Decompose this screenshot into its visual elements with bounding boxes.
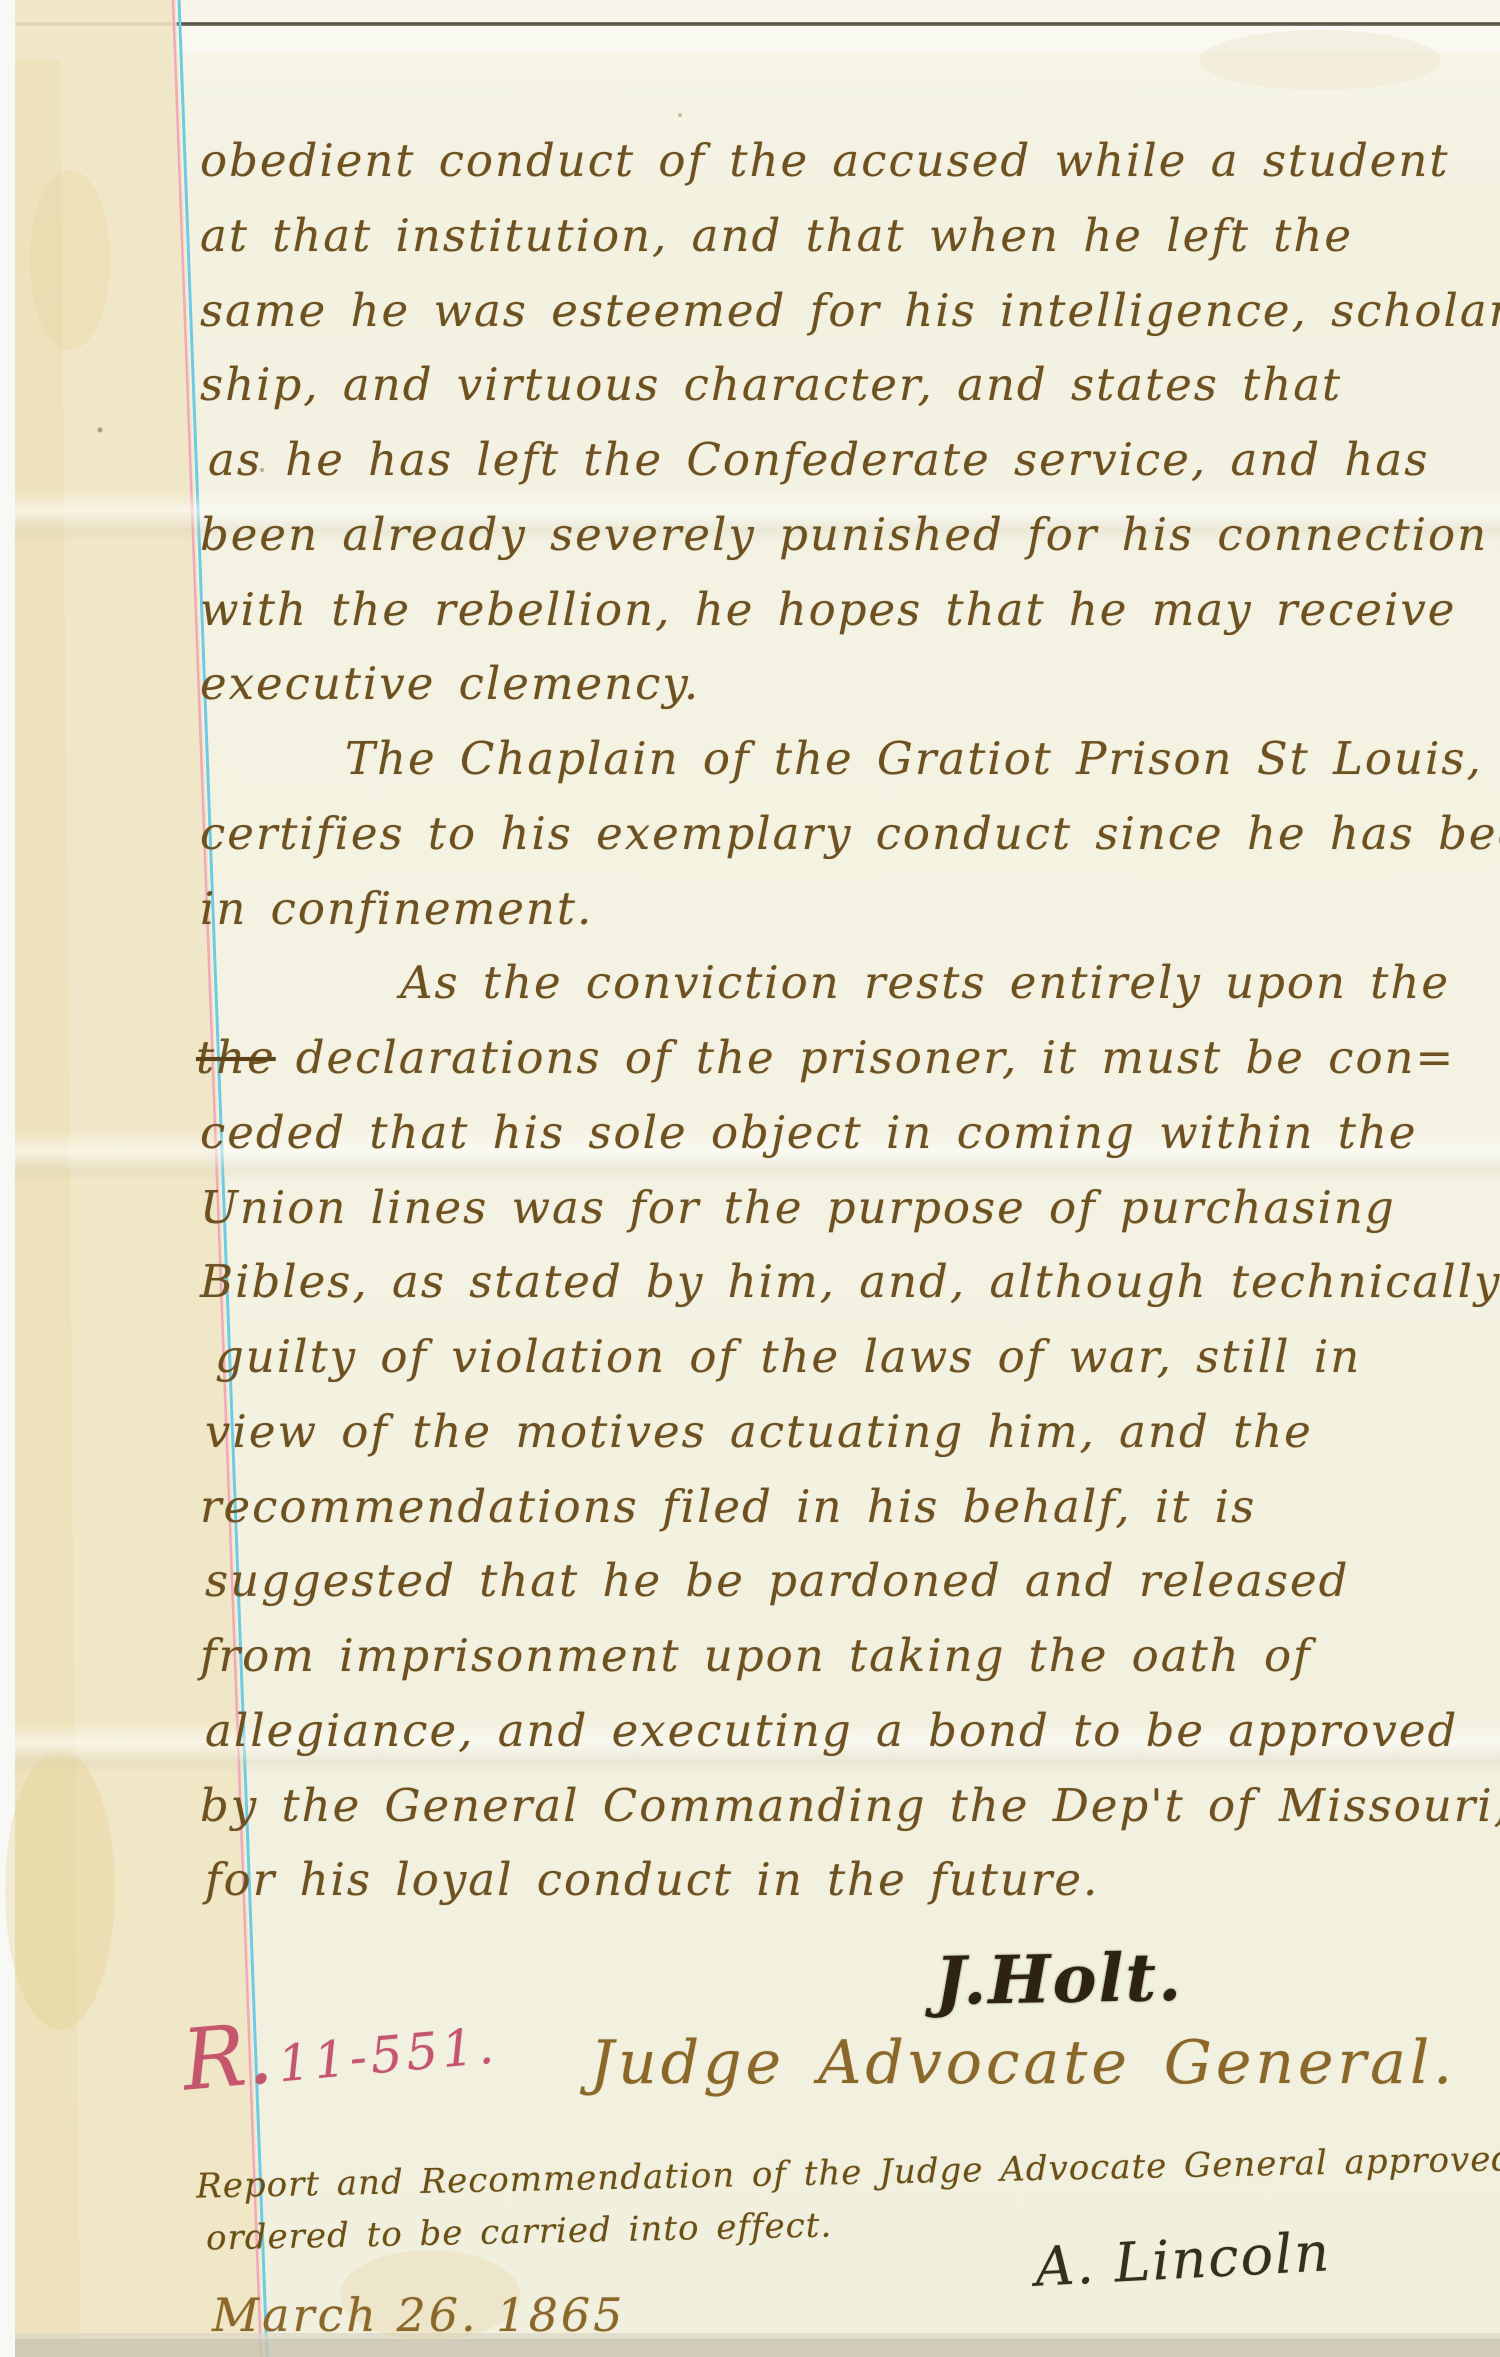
manuscript-line-23: by the General Commanding the Dep't of M… [200, 1774, 1500, 1838]
manuscript-line-20: suggested that he be pardoned and releas… [205, 1549, 1349, 1613]
manuscript-line-17: guilty of violation of the laws of war, … [215, 1325, 1361, 1389]
lincoln-signature: A. Lincoln [1034, 2220, 1333, 2298]
manuscript-line-11: in confinement. [200, 877, 593, 941]
manuscript-line-9: The Chaplain of the Gratiot Prison St Lo… [345, 727, 1483, 791]
manuscript-line-10: certifies to his exemplary conduct since… [200, 802, 1500, 866]
struck-word: the [196, 1031, 276, 1084]
manuscript-line-14: ceded that his sole object in coming wit… [200, 1101, 1418, 1165]
manuscript-line-22: allegiance, and executing a bond to be a… [205, 1699, 1458, 1763]
manuscript-line-4: ship, and virtuous character, and states… [200, 353, 1342, 417]
lincoln-endorsement-line-1: Report and Recommendation of the Judge A… [196, 2137, 1500, 2206]
holt-signature: J.Holt. [934, 1938, 1183, 2020]
manuscript-line-18: view of the motives actuating him, and t… [205, 1400, 1313, 1464]
lincoln-endorsement-line-2: ordered to be carried into effect. [206, 2205, 833, 2258]
manuscript-line-8: executive clemency. [200, 652, 700, 716]
manuscript-line-19: recommendations filed in his behalf, it … [200, 1475, 1256, 1539]
manuscript-line-24: for his loyal conduct in the future. [205, 1848, 1099, 1912]
line-13-rest: declarations of the prisoner, it must be… [296, 1031, 1456, 1084]
file-notation-prefix: R. [178, 2004, 276, 2109]
manuscript-line-12: As the conviction rests entirely upon th… [400, 951, 1450, 1015]
manuscript-line-5: as he has left the Confederate service, … [208, 428, 1429, 492]
manuscript-line-1: obedient conduct of the accused while a … [200, 129, 1450, 193]
manuscript-line-21: from imprisonment upon taking the oath o… [200, 1624, 1312, 1688]
manuscript-line-15: Union lines was for the purpose of purch… [200, 1176, 1396, 1240]
manuscript-line-16: Bibles, as stated by him, and, although … [200, 1250, 1500, 1314]
scanned-document-page: obedient conduct of the accused while a … [0, 0, 1500, 2357]
manuscript-line-7: with the rebellion, he hopes that he may… [200, 578, 1456, 642]
manuscript-line-3: same he was esteemed for his intelligenc… [200, 279, 1500, 343]
manuscript-line-13: thedeclarations of the prisoner, it must… [196, 1026, 1455, 1090]
manuscript-line-2: at that institution, and that when he le… [200, 204, 1353, 268]
manuscript-text-layer: obedient conduct of the accused while a … [0, 0, 1500, 2357]
file-notation-number: 11-551. [276, 2016, 500, 2093]
manuscript-line-6: been already severely punished for his c… [200, 503, 1488, 567]
red-file-notation: R. 11-551. [178, 1984, 500, 2109]
judge-advocate-general-title: Judge Advocate General. [590, 2028, 1456, 2098]
endorsement-date: March 26. 1865 [212, 2288, 625, 2342]
